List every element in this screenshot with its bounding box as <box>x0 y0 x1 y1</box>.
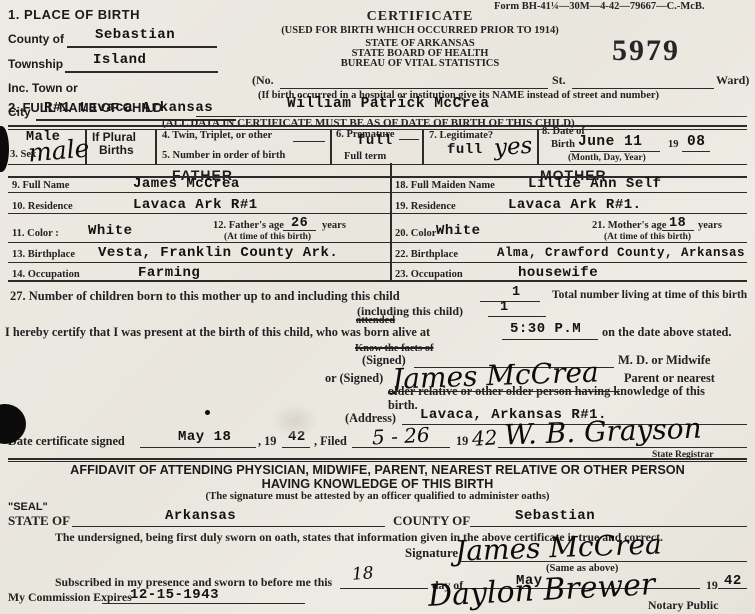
row1-bottom-rule <box>8 164 747 165</box>
total-living-line <box>488 316 546 317</box>
county-label: County of <box>8 33 64 45</box>
premature-typed-value: full <box>357 134 393 148</box>
father-age-line <box>283 230 316 231</box>
form-number: Form BH-41¼—30M—4-42—79667—C.-McB. <box>494 2 705 13</box>
mother-residence-value: Lavaca Ark R#1. <box>508 198 642 212</box>
month-day-year-note: (Month, Day, Year) <box>568 154 646 164</box>
mother-age-label: 21. Mother's age <box>592 221 666 232</box>
affidavit-heading-1: AFFIDAVIT OF ATTENDING PHYSICIAN, MIDWIF… <box>0 464 755 477</box>
county-underline <box>67 46 217 48</box>
birth-year-value: 08 <box>687 135 705 150</box>
inc-town-label: Inc. Town or <box>8 82 78 94</box>
year-prefix-printed: 19 <box>668 140 679 151</box>
day-line <box>340 588 428 589</box>
child-name-label: 2. FULL NAME OF CHILD <box>8 101 162 114</box>
date-signed-line <box>140 447 256 448</box>
county-of-value: Sebastian <box>515 509 595 523</box>
or-signed-label: or (Signed) <box>325 372 383 384</box>
street-no-label: (No. <box>252 74 274 86</box>
township-value: Island <box>93 53 146 67</box>
street-st-line <box>572 88 714 89</box>
residence-row-rule <box>8 213 747 214</box>
affidavit-top-rule <box>8 458 747 460</box>
address-label: (Address) <box>345 412 396 424</box>
father-age-label: 12. Father's age <box>213 221 284 232</box>
cell-border-4 <box>422 129 424 165</box>
certify-text-post: on the date above stated. <box>602 326 731 338</box>
twin-triplet-label: 4. Twin, Triplet, or other <box>162 131 272 142</box>
place-of-birth-section-label: 1. PLACE OF BIRTH <box>8 8 140 21</box>
certify-text-pre: I hereby certify that I was present at t… <box>5 326 430 338</box>
father-occupation-label: 14. Occupation <box>12 270 80 281</box>
occupation-row-rule <box>8 280 747 282</box>
county-of-label: COUNTY OF <box>393 514 470 527</box>
father-name-value: James McCrea <box>133 177 240 191</box>
commission-line <box>102 603 305 604</box>
birthplace-row-rule <box>8 262 747 263</box>
mother-color-label: 20. Color <box>395 229 436 240</box>
birth-year-line <box>682 151 710 152</box>
birth-order-label: 5. Number in order of birth <box>162 151 285 162</box>
father-residence-value: Lavaca Ark R#1 <box>133 198 258 212</box>
certificate-subtitle: (USED FOR BIRTH WHICH OCCURRED PRIOR TO … <box>235 26 605 37</box>
mother-birthplace-label: 22. Birthplace <box>395 250 458 261</box>
twin-blank-line <box>293 141 325 142</box>
date-signed-value: May 18 <box>178 430 231 444</box>
mother-occupation-value: housewife <box>518 266 598 280</box>
street-no-line <box>280 88 548 89</box>
premature-blank-line <box>399 139 419 140</box>
signature-label: Signature <box>405 547 458 560</box>
father-birthplace-label: 13. Birthplace <box>12 250 75 261</box>
filed-year-handwritten: 42 <box>471 427 498 449</box>
parent-label-1: Parent or nearest <box>624 372 715 384</box>
legitimate-typed-value: full <box>447 143 483 157</box>
children-count-label: 27. Number of children born to this moth… <box>10 290 400 303</box>
township-label: Township <box>8 58 63 70</box>
bureau-line: BUREAU OF VITAL STATISTICS <box>250 59 590 70</box>
table-top-rule <box>8 125 747 127</box>
sex-handwritten-value: male <box>27 135 90 165</box>
mother-name-value: Lillie Ann Self <box>528 177 662 191</box>
serial-number: 5979 <box>612 36 680 66</box>
birth-certificate-scan: 1. PLACE OF BIRTH County of Sebastian To… <box>0 0 755 614</box>
father-age-value: 26 <box>291 217 308 231</box>
birth-date-value: June 11 <box>578 135 642 150</box>
cell-border-2 <box>155 129 157 165</box>
parent-label-3: birth. <box>388 399 418 411</box>
father-color-label: 11. Color : <box>12 229 59 240</box>
plural-births-label-1: If Plural <box>92 131 136 143</box>
scan-smudge <box>272 404 318 438</box>
state-of-label: STATE OF <box>8 514 70 527</box>
signed-year-prefix: , 19 <box>258 435 276 447</box>
county-value: Sebastian <box>95 28 175 42</box>
notary-year-line <box>718 588 747 589</box>
birth-time-value: 5:30 P.M <box>510 322 581 336</box>
notary-signature-handwritten: Daylon Brewer <box>427 570 656 612</box>
state-of-line <box>72 526 385 527</box>
affiant-signature-line <box>458 561 747 562</box>
filed-date-handwritten: 5 - 26 <box>372 425 431 448</box>
birth-time-line <box>502 339 598 340</box>
children-count-line <box>480 301 540 302</box>
signed-year-line <box>282 447 310 448</box>
township-underline <box>65 71 218 73</box>
cell-border-3 <box>330 129 332 165</box>
father-color-value: White <box>88 224 133 238</box>
mother-age-note: (At time of this birth) <box>604 233 691 243</box>
legitimate-label: 7. Legitimate? <box>429 131 493 142</box>
mother-occupation-label: 23. Occupation <box>395 270 463 281</box>
all-data-note: (ALL DATA IN CERTIFICATE MUST BE AS OF D… <box>162 118 575 129</box>
plural-births-label-2: Births <box>99 144 134 156</box>
birth-word-label: Birth <box>551 140 575 151</box>
mother-color-value: White <box>436 224 481 238</box>
state-of-value: Arkansas <box>165 509 236 523</box>
mother-residence-label: 19. Residence <box>395 202 456 213</box>
affidavit-heading-2: HAVING KNOWLEDGE OF THIS BIRTH <box>0 478 755 491</box>
filed-date-line <box>352 447 450 448</box>
father-age-suffix: years <box>322 221 346 232</box>
notary-public-label: Notary Public <box>648 600 718 612</box>
total-living-label: Total number living at time of this birt… <box>552 290 747 302</box>
birth-date-line <box>570 151 660 152</box>
date-signed-label: Date certificate signed <box>8 435 125 447</box>
mother-name-label: 18. Full Maiden Name <box>395 181 495 192</box>
full-term-label: Full term <box>344 152 386 163</box>
father-occupation-value: Farming <box>138 266 200 280</box>
day-handwritten: 18 <box>351 565 374 583</box>
affidavit-top-rule-2 <box>8 461 747 462</box>
seal-label: "SEAL" <box>8 502 48 513</box>
registrar-signature-handwritten: W. B. Grayson <box>504 415 702 450</box>
registrar-line <box>498 447 747 448</box>
notary-year-value: 42 <box>724 574 742 588</box>
scan-ink-mark-left <box>0 126 9 172</box>
father-residence-label: 10. Residence <box>12 202 73 213</box>
cell-border-5 <box>537 129 539 165</box>
ink-dot <box>205 410 210 415</box>
legitimate-handwritten-value: yes <box>493 135 533 161</box>
md-midwife-label: M. D. or Midwife <box>618 354 710 367</box>
mother-age-suffix: years <box>698 221 722 232</box>
county-of-line <box>470 526 747 527</box>
filed-label: , Filed <box>314 435 347 447</box>
commission-value: 12-15-1943 <box>130 588 219 602</box>
children-count-value: 1 <box>512 286 521 300</box>
street-st-label: St. <box>552 74 566 86</box>
father-birthplace-value: Vesta, Franklin County Ark. <box>98 246 338 260</box>
mother-age-line <box>662 230 694 231</box>
parent-label-2: older relative or other older person hav… <box>388 385 705 397</box>
notary-year-prefix: 19 <box>706 580 718 592</box>
attestation-note: (The signature must be attested by an of… <box>0 491 755 502</box>
street-ward-label: Ward) <box>716 74 749 86</box>
filed-year-prefix: 19 <box>456 435 468 447</box>
name-row-rule <box>8 192 747 193</box>
child-name-value: William Patrick McCrea <box>287 97 489 112</box>
mother-age-value: 18 <box>669 217 686 231</box>
father-name-label: 9. Full Name <box>12 181 69 192</box>
total-living-value: 1 <box>500 301 509 315</box>
mother-birthplace-value: Alma, Crawford County, Arkansas <box>497 247 745 260</box>
